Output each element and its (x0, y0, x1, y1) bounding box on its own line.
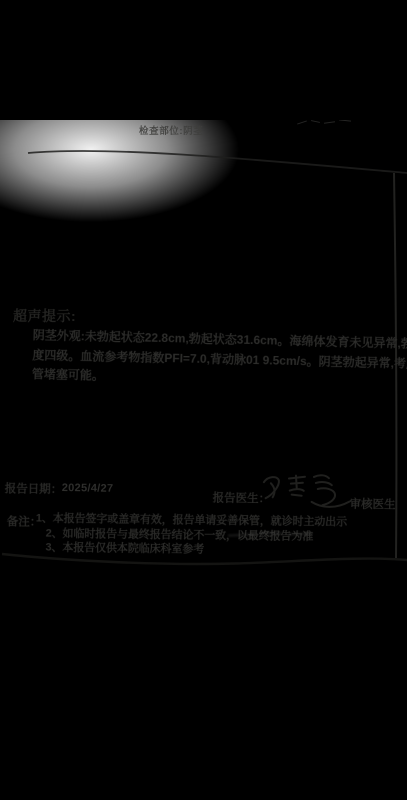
ultrasound-findings-text: 阴茎外观:未勃起状态22.8cm,勃起状态31.6cm。海绵体发育未见异常,勃起… (32, 326, 407, 393)
cropped-corner-text-marks (297, 120, 359, 127)
report-paper: 检查部位:阴茎 超声提示: 阴茎外观:未勃起状态22.8cm,勃起状态31.6c… (0, 120, 407, 676)
letterbox-top (0, 0, 407, 120)
photo-frame: 检查部位:阴茎 超声提示: 阴茎外观:未勃起状态22.8cm,勃起状态31.6c… (0, 0, 407, 800)
note-item: 3、本报告仅供本院临床科室参考 (45, 539, 204, 557)
ink-bleed-through-marks (228, 530, 318, 540)
report-notes: 备注： 1、本报告签字或盖章有效，报告单请妥善保管，就诊时主动出示 2、如临时报… (0, 504, 407, 579)
ultrasound-findings-title: 超声提示: (13, 306, 76, 326)
report-date-label: 报告日期： (5, 480, 63, 497)
report-date-value: 2025/4/27 (62, 482, 114, 495)
exam-site-label: 检查部位:阴茎 (139, 123, 203, 137)
letterbox-bottom (0, 676, 407, 800)
report-box-rules (0, 120, 407, 676)
